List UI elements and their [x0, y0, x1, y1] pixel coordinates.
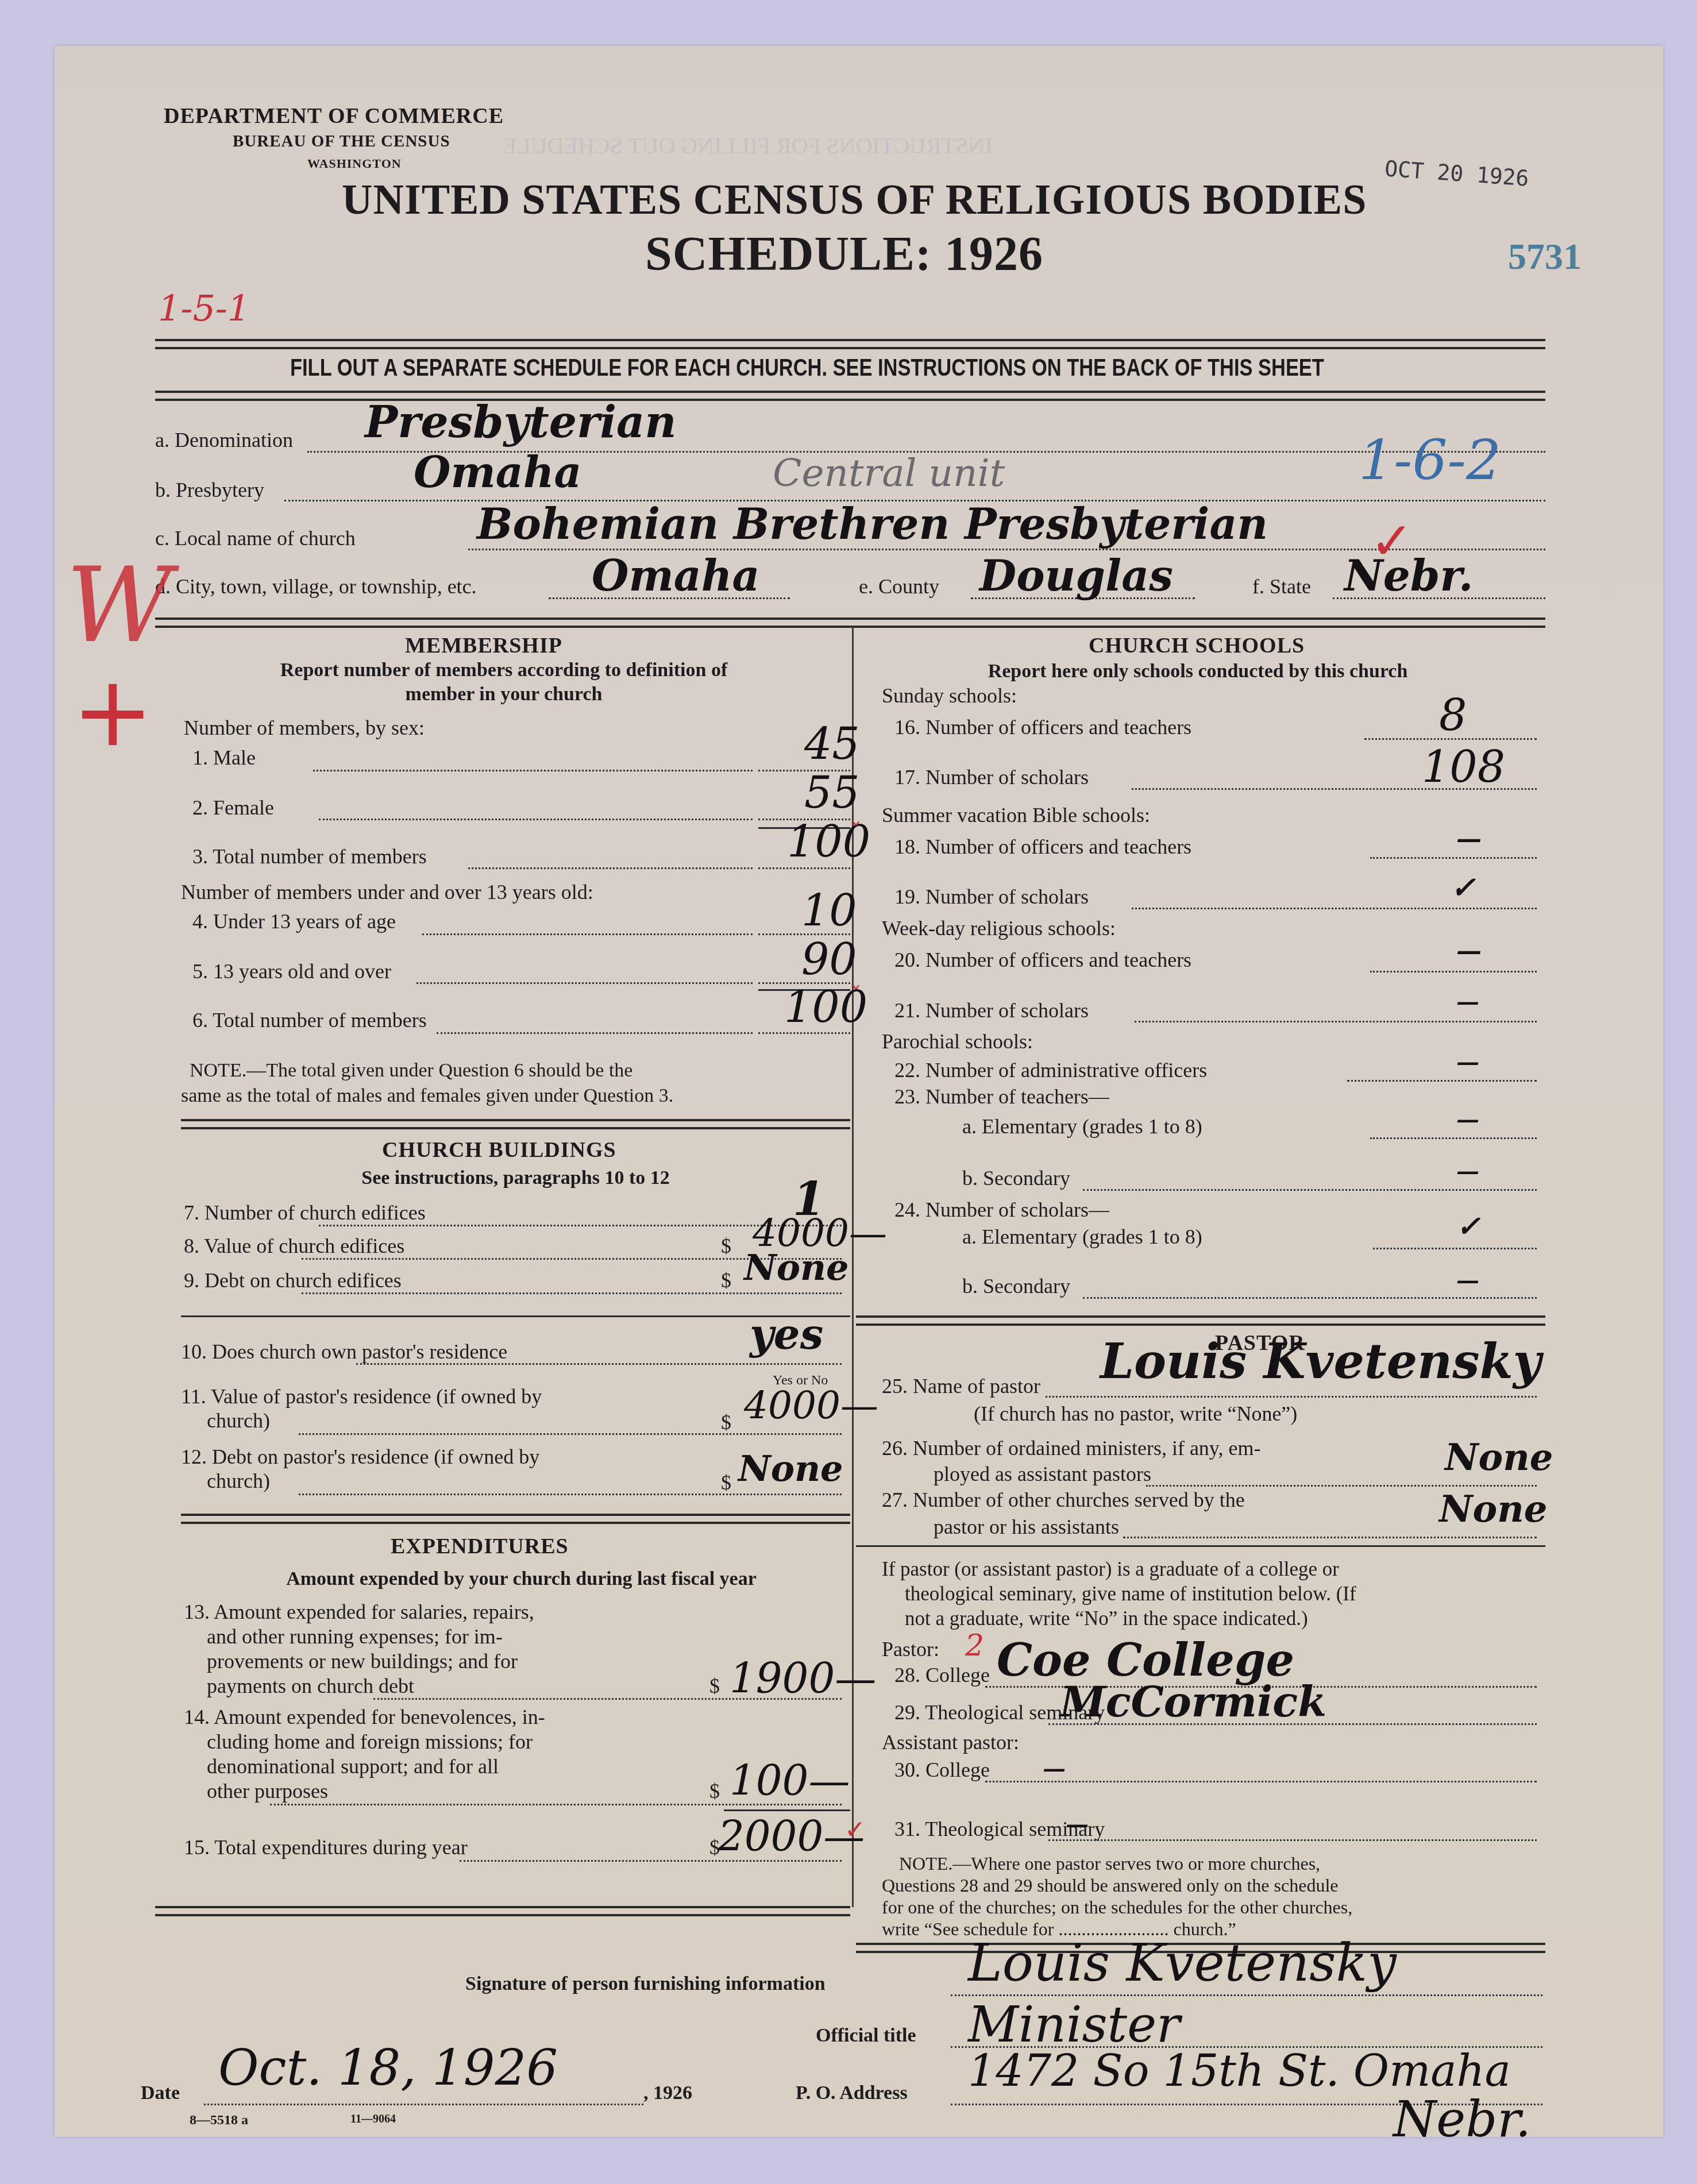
- pastor-subsection-label: Pastor:: [882, 1637, 939, 1661]
- edifices-count-label: 7. Number of church edifices: [184, 1201, 426, 1225]
- state-field[interactable]: Nebr.: [1344, 551, 1473, 601]
- membership-subheading-2: member in your church: [205, 684, 803, 705]
- assistant-ministers-field[interactable]: None: [1445, 1436, 1553, 1479]
- assistant-pastor-label: Assistant pastor:: [882, 1730, 1019, 1754]
- membership-divider: [181, 1119, 850, 1129]
- q30-line: [985, 1781, 1537, 1782]
- church-buildings-subheading: See instructions, paragraphs 10 to 12: [181, 1167, 850, 1189]
- q14-label-4: other purposes: [207, 1779, 328, 1803]
- summer-schools-label: Summer vacation Bible schools:: [882, 803, 1150, 827]
- q14-label-1: 14. Amount expended for benevolences, in…: [184, 1705, 545, 1729]
- q24b-field[interactable]: —: [1456, 1267, 1479, 1294]
- q13-label-3: provements or new buildings; and for: [207, 1649, 518, 1673]
- graduate-note-3: not a graduate, write “No” in the space …: [905, 1606, 1308, 1631]
- q24b-line: [1083, 1297, 1537, 1299]
- pastor-note-3: for one of the churches; on the schedule…: [882, 1896, 1352, 1918]
- bureau-city: WASHINGTON: [307, 156, 402, 171]
- members-by-sex-label: Number of members, by sex:: [184, 716, 425, 740]
- q26-line: [1146, 1485, 1537, 1487]
- edifices-debt-field[interactable]: None: [744, 1247, 849, 1288]
- bureau-name: BUREAU OF THE CENSUS: [233, 132, 450, 151]
- department-name: DEPARTMENT OF COMMERCE: [164, 103, 504, 129]
- male-label: 1. Male: [192, 746, 256, 770]
- date-line: [204, 2104, 643, 2105]
- q23b-line: [1083, 1189, 1537, 1191]
- q26-label-1: 26. Number of ordained ministers, if any…: [882, 1436, 1261, 1460]
- red-tick-2: ˇ: [850, 982, 862, 1009]
- local-name-label: c. Local name of church: [155, 526, 356, 550]
- male-count-field[interactable]: 45: [804, 718, 860, 769]
- q27-line: [1123, 1537, 1537, 1538]
- census-schedule-form: INSTRUCTIONS FOR FILLING OUT SCHEDULE DE…: [55, 46, 1663, 2137]
- q24a-line: [1373, 1248, 1537, 1249]
- q23a-label: a. Elementary (grades 1 to 8): [962, 1114, 1202, 1139]
- received-date-stamp: OCT 20 1926: [1384, 156, 1530, 191]
- residence-debt-label: 12. Debt on pastor's residence (if owned…: [181, 1445, 539, 1469]
- q23-label: 23. Number of teachers—: [894, 1085, 1109, 1109]
- residence-value-currency: $: [721, 1410, 731, 1434]
- expenditures-heading: EXPENDITURES: [391, 1534, 569, 1559]
- address-label: P. O. Address: [796, 2082, 908, 2104]
- q19-field[interactable]: ✓: [1451, 870, 1476, 905]
- q22-label: 22. Number of administrative officers: [894, 1058, 1207, 1082]
- q13-label-4: payments on church debt: [207, 1674, 414, 1698]
- q24a-field[interactable]: ✓: [1456, 1209, 1480, 1243]
- margin-red-letter: W: [66, 546, 172, 666]
- membership-note-1: NOTE.—The total given under Question 6 s…: [190, 1058, 632, 1083]
- owns-residence-label: 10. Does church own pastor's residence: [181, 1340, 507, 1364]
- q23a-line: [1370, 1137, 1537, 1139]
- edifices-value-currency: $: [721, 1234, 731, 1258]
- signature-label: Signature of person furnishing informati…: [465, 1973, 826, 1995]
- q15-label: 15. Total expenditures during year: [184, 1835, 468, 1859]
- form-instruction: FILL OUT A SEPARATE SCHEDULE FOR EACH CH…: [290, 354, 1324, 381]
- q28-label: 28. College: [894, 1663, 990, 1687]
- buildings-divider: [181, 1514, 850, 1524]
- q25-line: [1046, 1396, 1537, 1398]
- female-line: [319, 819, 753, 820]
- q24-label: 24. Number of scholars—: [894, 1198, 1109, 1222]
- signature-field[interactable]: Louis Kvetensky: [968, 1933, 1397, 1993]
- local-name-field[interactable]: Bohemian Brethren Presbyterian: [477, 500, 1268, 549]
- residence-debt-field[interactable]: None: [738, 1448, 843, 1490]
- assistant-college-field[interactable]: —: [1043, 1755, 1066, 1782]
- total-members-2-answer-line: [758, 1032, 850, 1034]
- residence-value-line: [299, 1433, 842, 1435]
- body-bottom-divider: [155, 1906, 850, 1916]
- q19-line: [1132, 908, 1537, 909]
- q18-field[interactable]: —: [1456, 824, 1482, 854]
- q31-line: [1048, 1839, 1537, 1841]
- schedule-year: SCHEDULE: 1926: [645, 226, 1043, 282]
- under-13-label: 4. Under 13 years of age: [192, 909, 396, 933]
- q14-value-field[interactable]: 100—: [730, 1757, 850, 1805]
- q21-label: 21. Number of scholars: [894, 998, 1089, 1022]
- edifices-debt-line: [302, 1292, 842, 1294]
- margin-red-plus: +: [72, 655, 153, 769]
- form-number: 8—5518 a: [190, 2113, 248, 2128]
- q16-label: 16. Number of officers and teachers: [894, 715, 1191, 739]
- residence-debt-currency: $: [721, 1471, 731, 1495]
- q23b-field[interactable]: —: [1456, 1157, 1479, 1184]
- q17-label: 17. Number of scholars: [894, 765, 1089, 789]
- form-title: UNITED STATES CENSUS OF RELIGIOUS BODIES: [342, 176, 1367, 225]
- header-divider: [155, 339, 1545, 349]
- membership-note-2: same as the total of males and females g…: [181, 1083, 673, 1109]
- total-members-2-label: 6. Total number of members: [192, 1008, 427, 1032]
- other-churches-field[interactable]: None: [1439, 1488, 1547, 1531]
- red-classification-code: 1-5-1: [158, 287, 250, 329]
- total-members-answer-line: [758, 867, 850, 869]
- red-tick-3: ✓: [844, 1815, 866, 1845]
- q14-label-2: cluding home and foreign missions; for: [207, 1730, 533, 1754]
- over-13-label: 5. 13 years old and over: [192, 959, 391, 983]
- male-line: [313, 770, 753, 771]
- q20-field[interactable]: —: [1456, 936, 1482, 966]
- q22-field[interactable]: —: [1456, 1048, 1479, 1075]
- q13-currency: $: [709, 1674, 720, 1698]
- date-year-suffix: , 1926: [643, 2082, 692, 2104]
- q23a-field[interactable]: —: [1456, 1106, 1479, 1133]
- seminary-field[interactable]: McCormick: [1060, 1677, 1326, 1726]
- female-count-field[interactable]: 55: [804, 767, 860, 818]
- q21-line: [1135, 1021, 1537, 1022]
- pastor-name-field[interactable]: Louis Kvetensky: [1100, 1333, 1541, 1390]
- denomination-field[interactable]: Presbyterian: [365, 396, 677, 447]
- graduate-note-1: If pastor (or assistant pastor) is a gra…: [882, 1557, 1339, 1582]
- identification-divider: [155, 618, 1545, 628]
- membership-subheading-1: Report number of members according to de…: [205, 659, 803, 681]
- age-group-label: Number of members under and over 13 year…: [181, 880, 593, 904]
- over-13-line: [416, 982, 753, 984]
- parochial-schools-label: Parochial schools:: [882, 1029, 1033, 1054]
- residence-value-label: 11. Value of pastor's residence (if owne…: [181, 1384, 542, 1409]
- q14-label-3: denominational support; and for all: [207, 1754, 499, 1778]
- blue-classification-code: 1-6-2: [1359, 428, 1501, 492]
- owns-residence-line: [356, 1363, 842, 1365]
- graduate-note-2: theological seminary, give name of insti…: [905, 1581, 1356, 1607]
- total-members-label: 3. Total number of members: [192, 844, 427, 869]
- pastor-red-mark: 2: [965, 1629, 984, 1663]
- q17-field[interactable]: 108: [1422, 741, 1505, 792]
- total-members-line: [468, 867, 753, 869]
- under-13-line: [422, 933, 753, 935]
- residence-debt-label-2: church): [207, 1469, 270, 1493]
- q22-line: [1347, 1080, 1537, 1082]
- pastor-note-1: NOTE.—Where one pastor serves two or mor…: [899, 1853, 1320, 1874]
- q21-field[interactable]: —: [1456, 988, 1479, 1015]
- expenditure-sum-line: [724, 1809, 850, 1811]
- city-field[interactable]: Omaha: [592, 551, 759, 601]
- residence-debt-line: [299, 1494, 842, 1495]
- pastor-inner-divider: [856, 1545, 1545, 1547]
- presbytery-label: b. Presbytery: [155, 478, 264, 502]
- church-schools-subheading: Report here only schools conducted by th…: [870, 661, 1525, 682]
- q15-value-field[interactable]: 2000—: [718, 1812, 865, 1861]
- edifices-debt-currency: $: [721, 1268, 731, 1292]
- county-label: e. County: [859, 574, 939, 599]
- denomination-label: a. Denomination: [155, 428, 293, 452]
- q26-label-2: ployed as assistant pastors: [934, 1462, 1151, 1486]
- date-label: Date: [141, 2082, 180, 2104]
- edifices-debt-label: 9. Debt on church edifices: [184, 1268, 402, 1292]
- state-label: f. State: [1252, 574, 1311, 599]
- q13-label-2: and other running expenses; for im-: [207, 1625, 503, 1649]
- city-label: d. City, town, village, or township, etc…: [155, 574, 477, 599]
- pastor-note-2: Questions 28 and 29 should be answered o…: [882, 1874, 1339, 1896]
- address-line-2-field[interactable]: Nebr.: [1393, 2091, 1531, 2148]
- presbytery-pencil-note: Central unit: [773, 451, 1005, 495]
- q27-label-2: pastor or his assistants: [934, 1515, 1119, 1539]
- q13-value-field[interactable]: 1900—: [730, 1654, 876, 1703]
- q18-label: 18. Number of officers and teachers: [894, 835, 1191, 859]
- expenditures-subheading: Amount expended by your church during la…: [187, 1568, 856, 1590]
- red-tick-1: ˇ: [850, 819, 862, 845]
- county-field[interactable]: Douglas: [979, 551, 1173, 601]
- print-code: 11—9064: [350, 2113, 396, 2126]
- total-members-2-line: [437, 1032, 753, 1034]
- over-13-field[interactable]: 90: [801, 933, 857, 985]
- under-13-field[interactable]: 10: [801, 885, 857, 936]
- q20-label: 20. Number of officers and teachers: [894, 948, 1191, 972]
- q13-label-1: 13. Amount expended for salaries, repair…: [184, 1600, 534, 1624]
- residence-value-field[interactable]: 4000—: [744, 1383, 878, 1427]
- q27-label-1: 27. Number of other churches served by t…: [882, 1488, 1245, 1512]
- q14-currency: $: [709, 1779, 720, 1803]
- q18-line: [1370, 857, 1537, 859]
- official-title-label: Official title: [816, 2025, 916, 2047]
- date-field[interactable]: Oct. 18, 1926: [218, 2039, 558, 2097]
- schools-divider: [856, 1315, 1545, 1326]
- sunday-schools-label: Sunday schools:: [882, 684, 1017, 708]
- back-bleed-heading: INSTRUCTIONS FOR FILLING OUT SCHEDULE: [503, 132, 993, 159]
- address-field[interactable]: 1472 So 15th St. Omaha: [968, 2045, 1511, 2096]
- q19-label: 19. Number of scholars: [894, 885, 1089, 909]
- q25-hint: (If church has no pastor, write “None”): [974, 1402, 1297, 1426]
- weekday-schools-label: Week-day religious schools:: [882, 916, 1116, 940]
- female-label: 2. Female: [192, 796, 274, 820]
- q30-label: 30. College: [894, 1758, 990, 1782]
- church-schools-heading: CHURCH SCHOOLS: [1089, 633, 1305, 658]
- q24a-label: a. Elementary (grades 1 to 8): [962, 1225, 1202, 1249]
- q20-line: [1370, 971, 1537, 973]
- edifices-value-label: 8. Value of church edifices: [184, 1234, 404, 1258]
- q16-field[interactable]: 8: [1439, 689, 1467, 740]
- q23b-label: b. Secondary: [962, 1166, 1070, 1190]
- membership-heading: MEMBERSHIP: [405, 633, 562, 658]
- residence-value-label-2: church): [207, 1409, 270, 1433]
- q24b-label: b. Secondary: [962, 1274, 1070, 1298]
- church-buildings-heading: CHURCH BUILDINGS: [382, 1137, 616, 1163]
- instruction-divider: [155, 391, 1545, 401]
- q25-label: 25. Name of pastor: [882, 1374, 1040, 1398]
- presbytery-field[interactable]: Omaha: [414, 448, 581, 497]
- owns-residence-field[interactable]: yes: [750, 1310, 823, 1359]
- assistant-seminary-field[interactable]: —: [1066, 1811, 1089, 1838]
- serial-number-stamp: 5731: [1508, 236, 1582, 278]
